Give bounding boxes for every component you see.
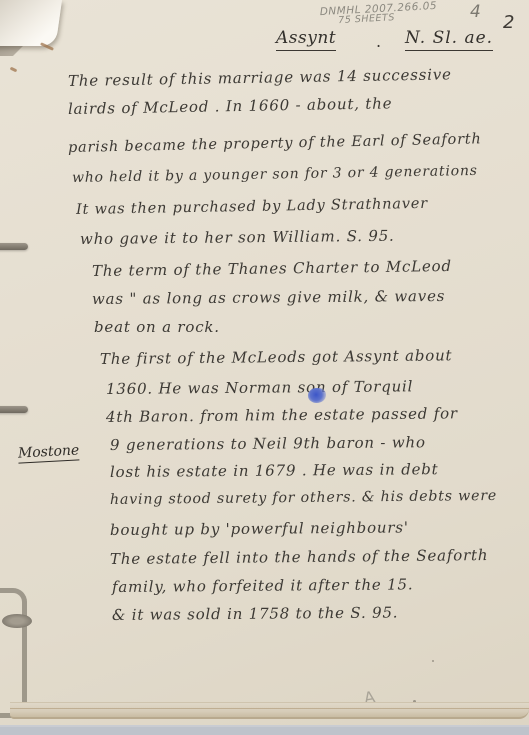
text-line: The result of this marriage was 14 succe… (68, 65, 452, 90)
text-line: & it was sold in 1758 to the S. 95. (112, 604, 398, 624)
text-line: 4th Baron. from him the estate passed fo… (106, 404, 458, 426)
text-line: lost his estate in 1679 . He was in debt (110, 460, 439, 481)
text-line: The term of the Thanes Charter to McLeod (92, 257, 452, 280)
text-line: The estate fell into the hands of the Se… (110, 546, 488, 568)
manuscript-body: The result of this marriage was 14 succe… (0, 0, 529, 725)
text-line: having stood surety for others. & his de… (110, 488, 497, 508)
text-line: bought up by 'powerful neighbours' (110, 518, 409, 539)
margin-note: Mostone (18, 442, 80, 463)
text-line: 1360. He was Norman son of Torquil (106, 377, 413, 398)
text-line: parish became the property of the Earl o… (68, 131, 482, 156)
text-line: It was then purchased by Lady Strathnave… (76, 196, 428, 218)
text-line: beat on a rock. (94, 318, 220, 336)
text-line: 9 generations to Neil 9th baron - who (110, 433, 426, 454)
manuscript-page: DNMHL 2007.266.05 75 SHEETS 4 2 Assynt .… (0, 0, 529, 725)
text-line: family, who forfeited it after the 15. (112, 575, 414, 596)
paper-speck (432, 660, 434, 662)
background-surface (0, 727, 529, 735)
page-stack-edge (10, 702, 529, 719)
text-line: who gave it to her son William. S. 95. (80, 227, 395, 248)
text-line: lairds of McLeod . In 1660 - about, the (68, 94, 393, 118)
text-line: The first of the McLeods got Assynt abou… (100, 346, 453, 368)
text-line: who held it by a younger son for 3 or 4 … (72, 163, 478, 186)
text-line: was " as long as crows give milk, & wave… (92, 287, 445, 308)
